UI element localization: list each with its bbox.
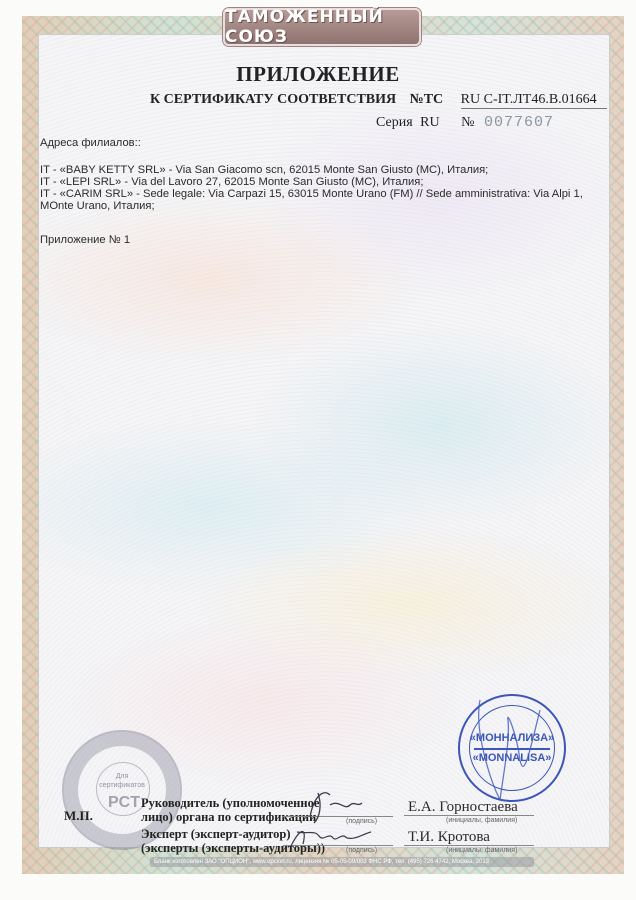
head-label-line: Руководитель (уполномоченное <box>141 796 319 810</box>
branch-line: IT - «BABY KETTY SRL» - Via San Giacomo … <box>40 164 488 176</box>
branch-line: MOnte Urano, Италия; <box>40 200 155 212</box>
stamp-center-text: Для сертификатов <box>64 772 180 790</box>
serial-no-prefix: № <box>461 115 474 130</box>
name-hint: (инициалы, фамилия) <box>446 847 517 854</box>
branches-heading: Адреса филиалов:: <box>40 137 141 149</box>
page-title: ПРИЛОЖЕНИЕ <box>0 62 636 87</box>
series-value: RU <box>420 115 439 130</box>
stamp-signature-icon <box>470 690 550 810</box>
seal-place-label: М.П. <box>64 808 93 824</box>
expert-name: Т.И. Кротова <box>408 829 490 846</box>
pct-logo-icon: PCT <box>108 794 140 812</box>
stamp-center-line: Для <box>64 772 180 781</box>
expert-signature-icon <box>285 818 375 852</box>
stamp-center-line: сертификатов <box>64 781 180 790</box>
certificate-label: К СЕРТИФИКАТУ СООТВЕТСТВИЯ <box>150 92 396 107</box>
certificate-line: К СЕРТИФИКАТУ СООТВЕТСТВИЯ №ТС RU C-IT.Л… <box>150 92 607 109</box>
series-line: Серия RU № 0077607 <box>376 114 554 131</box>
certificate-number: RU C-IT.ЛТ46.B.01664 <box>461 92 607 109</box>
branch-line: IT - «LEPI SRL» - Via del Lavoro 27, 620… <box>40 176 423 188</box>
series-label: Серия <box>376 115 413 130</box>
name-hint: (инициалы, фамилия) <box>446 817 517 824</box>
certificate-no-prefix: №ТС <box>410 92 444 107</box>
customs-union-banner: ТАМОЖЕННЫЙ СОЮЗ <box>223 8 421 46</box>
serial-number: 0077607 <box>484 114 554 131</box>
appendix-label: Приложение № 1 <box>40 234 130 246</box>
banner-text: ТАМОЖЕННЫЙ СОЮЗ <box>225 7 419 47</box>
printer-imprint: Бланк изготовлен ЗАО "ОПЦИОН", www.opcio… <box>150 857 534 867</box>
branch-line: IT - «CARIM SRL» - Sede legale: Via Carp… <box>40 188 583 200</box>
